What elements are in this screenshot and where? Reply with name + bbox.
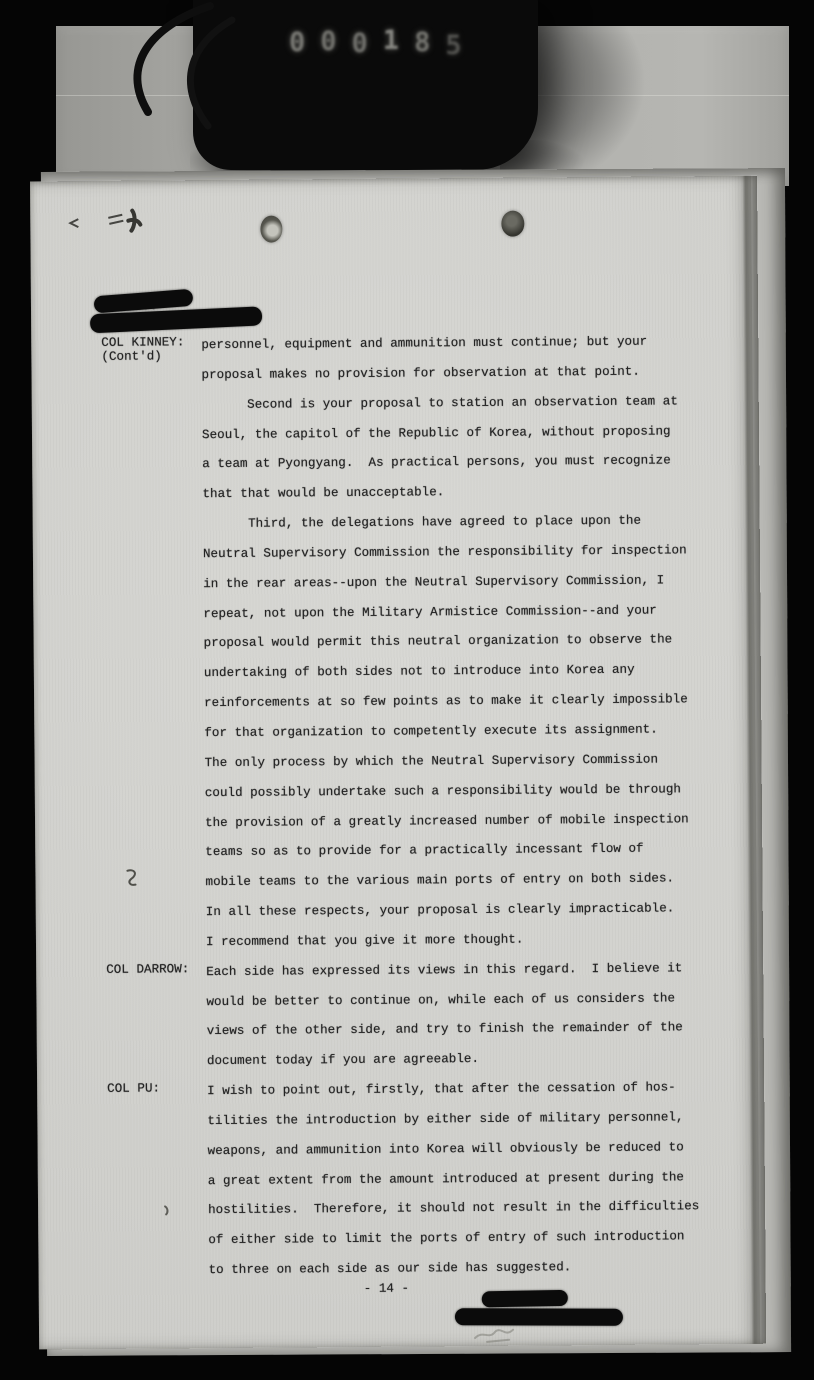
- transcript-line: Third, the delegations have agreed to pl…: [203, 506, 760, 540]
- transcript-line: Each side has expressed its views in thi…: [206, 953, 763, 987]
- transcript-line: would be better to continue on, while ea…: [206, 983, 763, 1017]
- speech-block: COL DARROW:Each side has expressed its v…: [36, 953, 764, 1078]
- transcript: COL KINNEY: (Cont'd)personnel, equipment…: [31, 327, 765, 1288]
- pencil-marks-icon: [64, 202, 174, 235]
- punch-hole-left: [260, 215, 282, 242]
- margin-tick-icon: [162, 1204, 172, 1216]
- transcript-line: proposal would permit this neutral organ…: [204, 625, 761, 659]
- counter-digit: 8: [414, 27, 445, 58]
- speaker-label: COL KINNEY: (Cont'd): [101, 336, 184, 364]
- transcript-line: a great extent from the amount introduce…: [208, 1162, 765, 1196]
- counter-digit: 0: [352, 28, 383, 59]
- page-number: - 14 -: [364, 1275, 410, 1305]
- transcript-line: Neutral Supervisory Commission the respo…: [203, 536, 760, 570]
- microfilm-scan: 000185 SECURITY INFORMATION COL KINNEY: …: [0, 0, 814, 1380]
- speech-block: COL PU:I wish to point out, firstly, tha…: [37, 1073, 766, 1288]
- speech-lines: personnel, equipment and ammunition must…: [201, 327, 763, 958]
- transcript-line: Seoul, the capitol of the Republic of Ko…: [202, 416, 759, 450]
- transcript-line: proposal makes no provision for observat…: [201, 357, 758, 391]
- transcript-line: that that would be unacceptable.: [202, 476, 759, 510]
- speech-block: COL KINNEY: (Cont'd)personnel, equipment…: [31, 327, 763, 959]
- punch-hole-right: [501, 211, 524, 237]
- transcript-line: teams so as to provide for a practically…: [205, 834, 762, 868]
- transcript-line: the provision of a greatly increased num…: [205, 804, 762, 838]
- transcript-line: I wish to point out, firstly, that after…: [207, 1073, 764, 1107]
- transcript-line: of either side to limit the ports of ent…: [208, 1222, 765, 1256]
- transcript-line: undertaking of both sides not to introdu…: [204, 655, 761, 689]
- speech-lines: I wish to point out, firstly, that after…: [207, 1073, 766, 1286]
- transcript-line: reinforcements at so few points as to ma…: [204, 685, 761, 719]
- speaker-label: COL PU:: [107, 1083, 160, 1097]
- counter-digit: 0: [320, 26, 351, 57]
- transcript-line: Second is your proposal to station an ob…: [202, 386, 759, 420]
- transcript-line: in the rear areas--upon the Neutral Supe…: [203, 565, 760, 599]
- counter-digit: 1: [383, 25, 414, 56]
- document-page: SECURITY INFORMATION COL KINNEY: (Cont'd…: [30, 176, 766, 1350]
- transcript-line: weapons, and ammunition into Korea will …: [208, 1133, 765, 1167]
- transcript-line: repeat, not upon the Military Armistice …: [203, 595, 760, 629]
- counter-cables-icon: [92, 0, 302, 140]
- transcript-line: I recommend that you give it more though…: [206, 924, 763, 958]
- margin-squiggle-icon: [123, 867, 143, 891]
- speaker-label: COL DARROW:: [106, 963, 189, 977]
- transcript-line: to three on each side as our side has su…: [208, 1252, 765, 1286]
- redaction-bar: [482, 1290, 568, 1307]
- transcript-line: mobile teams to the various main ports o…: [205, 864, 762, 898]
- counter-digit: 5: [445, 30, 476, 61]
- frame-counter-readout: 000185: [289, 26, 477, 57]
- speech-lines: Each side has expressed its views in thi…: [206, 953, 764, 1077]
- transcript-line: personnel, equipment and ammunition must…: [201, 327, 758, 361]
- transcript-line: The only process by which the Neutral Su…: [204, 745, 761, 779]
- faint-handwriting-icon: [469, 1324, 529, 1346]
- transcript-line: a team at Pyongyang. As practical person…: [202, 446, 759, 480]
- transcript-line: hostilities. Therefore, it should not re…: [208, 1192, 765, 1226]
- transcript-line: views of the other side, and try to fini…: [207, 1013, 764, 1047]
- transcript-line: for that organization to competently exe…: [204, 715, 761, 749]
- transcript-line: could possibly undertake such a responsi…: [205, 774, 762, 808]
- transcript-line: tilities the introduction by either side…: [207, 1103, 764, 1137]
- transcript-line: document today if you are agreeable.: [207, 1043, 764, 1077]
- transcript-line: In all these respects, your proposal is …: [206, 894, 763, 928]
